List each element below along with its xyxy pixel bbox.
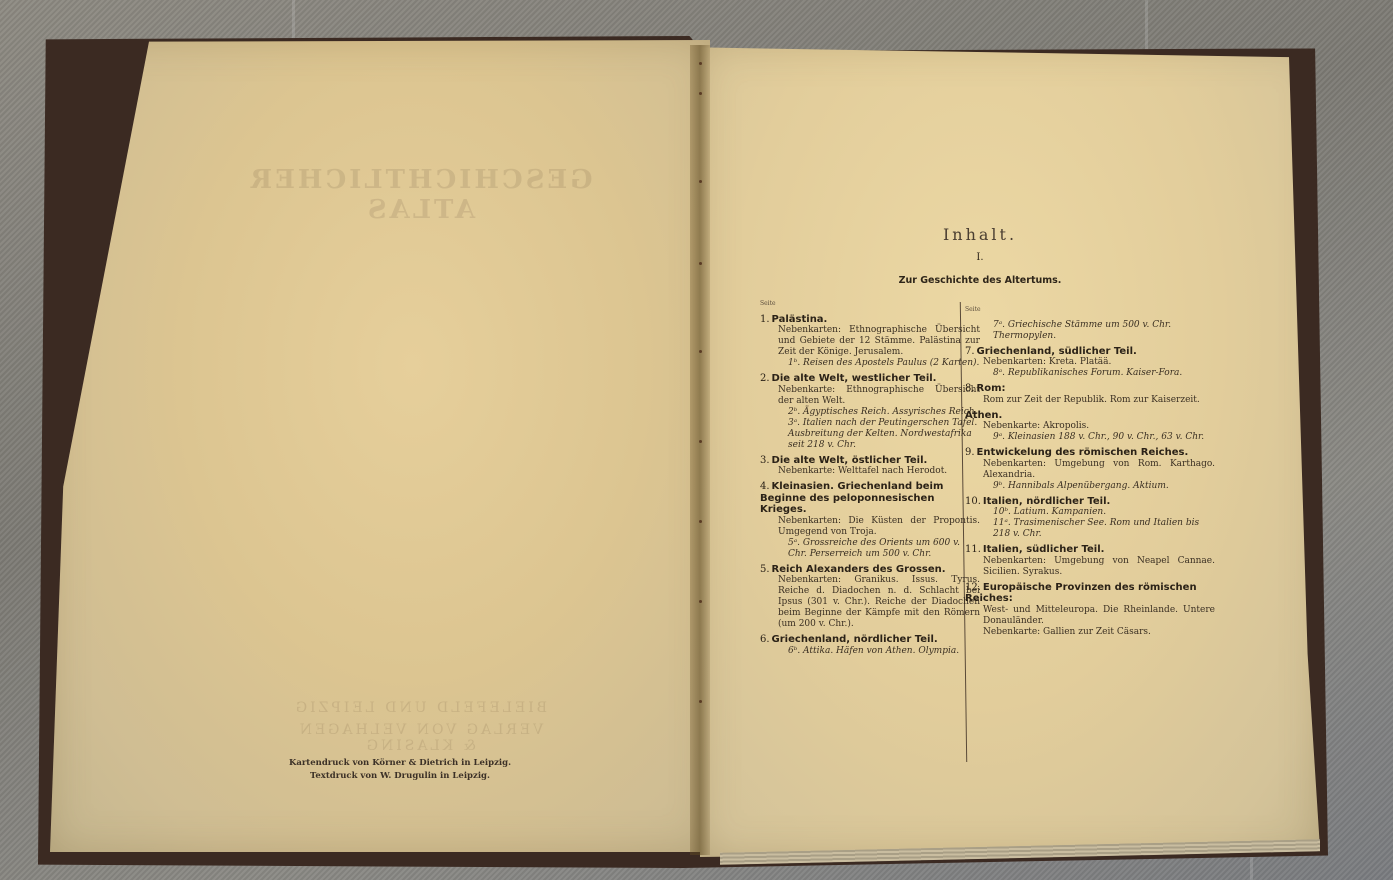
toc-map-entry: 9ᵇ. Hannibals Alpenübergang. Aktium. xyxy=(965,481,1215,492)
toc-entry-title: 8.Rom: xyxy=(965,383,1215,395)
book-gutter xyxy=(690,45,710,855)
toc-map-entry: 1ᵇ. Reisen des Apostels Paulus (2 Karten… xyxy=(760,358,980,369)
binding-stitch xyxy=(699,520,702,523)
toc-entry: 3.Die alte Welt, östlicher Teil.Nebenkar… xyxy=(760,455,980,478)
toc-subentry: Nebenkarten: Die Küsten der Propontis. U… xyxy=(760,516,980,538)
toc-subentry: Nebenkarte: Ethnographische Übersicht de… xyxy=(760,385,980,407)
toc-subentry: Nebenkarten: Ethnographische Übersicht u… xyxy=(760,325,980,358)
toc-entry-title: 3.Die alte Welt, östlicher Teil. xyxy=(760,455,980,467)
section-title: Zur Geschichte des Altertums. xyxy=(730,275,1230,286)
binding-stitch xyxy=(699,600,702,603)
toc-entry-title-text: Die alte Welt, westlicher Teil. xyxy=(772,373,937,384)
binding-stitch xyxy=(699,62,702,65)
toc-entry-number: 3. xyxy=(760,455,770,466)
toc-subentry: Nebenkarten: Granikus. Issus. Tyrus. Rei… xyxy=(760,575,980,630)
toc-entry-title: 1.Palästina. xyxy=(760,314,980,326)
seite-label: Seite xyxy=(965,304,1215,316)
binding-stitch xyxy=(699,92,702,95)
binding-stitch xyxy=(699,700,702,703)
toc-entry: Athen.Nebenkarte: Akropolis.9ᵃ. Kleinasi… xyxy=(965,410,1215,444)
toc-entry: 11.Italien, südlicher Teil.Nebenkarten: … xyxy=(965,544,1215,578)
toc-entry-title: 9.Entwickelung des römischen Reiches. xyxy=(965,447,1215,459)
toc-entry: 7.Griechenland, südlicher Teil.Nebenkart… xyxy=(965,346,1215,380)
toc-entry-title: 11.Italien, südlicher Teil. xyxy=(965,544,1215,556)
page-title: Inhalt. xyxy=(730,225,1230,244)
toc-subentry: Nebenkarten: Umgebung von Rom. Karthago.… xyxy=(965,459,1215,481)
toc-entry-title-text: Entwickelung des römischen Reiches. xyxy=(977,447,1189,458)
table-of-contents: Inhalt. I. Zur Geschichte des Altertums.… xyxy=(760,225,1230,298)
toc-entry-number: 9. xyxy=(965,447,975,458)
toc-entry: 1.Palästina.Nebenkarten: Ethnographische… xyxy=(760,314,980,370)
toc-entry-title-text: Europäische Provinzen des römischen Reic… xyxy=(965,582,1197,605)
toc-map-entry: 7ᵃ. Griechische Stämme um 500 v. Chr. Th… xyxy=(965,320,1215,342)
toc-entry-number: 6. xyxy=(760,634,770,645)
binding-stitch xyxy=(699,262,702,265)
toc-subentry: Nebenkarte: Akropolis. xyxy=(965,421,1215,432)
toc-entry-title-text: Palästina. xyxy=(772,314,828,325)
toc-entry-number: 11. xyxy=(965,544,981,555)
toc-subentry: Nebenkarte: Gallien zur Zeit Cäsars. xyxy=(965,627,1215,638)
binding-stitch xyxy=(699,350,702,353)
toc-entry: 8.Rom:Rom zur Zeit der Republik. Rom zur… xyxy=(965,383,1215,406)
toc-entry-number: 7. xyxy=(965,346,975,357)
toc-entry-number: 5. xyxy=(760,564,770,575)
toc-entry-title: 2.Die alte Welt, westlicher Teil. xyxy=(760,373,980,385)
toc-entry-number: 10. xyxy=(965,496,981,507)
bleed-through-line: VERLAG VON VELHAGEN & KLASING xyxy=(290,722,550,754)
toc-map-entry: 9ᵃ. Kleinasien 188 v. Chr., 90 v. Chr., … xyxy=(965,432,1215,443)
section-number: I. xyxy=(730,252,1230,263)
toc-map-entry: 10ᵇ. Latium. Kampanien. xyxy=(965,507,1215,518)
toc-entry-title-text: Griechenland, nördlicher Teil. xyxy=(772,634,938,645)
fabric-fold xyxy=(1250,855,1253,880)
toc-entry-title: 5.Reich Alexanders des Grossen. xyxy=(760,564,980,576)
toc-entry-title-text: Rom: xyxy=(977,383,1006,394)
toc-subentry: Nebenkarte: Welttafel nach Herodot. xyxy=(760,466,980,477)
toc-entry: 7ᵃ. Griechische Stämme um 500 v. Chr. Th… xyxy=(965,320,1215,342)
toc-entry-title: 12.Europäische Provinzen des römischen R… xyxy=(965,582,1215,605)
toc-entry: 10.Italien, nördlicher Teil.10ᵇ. Latium.… xyxy=(965,496,1215,541)
toc-entry-title: 10.Italien, nördlicher Teil. xyxy=(965,496,1215,508)
toc-entry: 5.Reich Alexanders des Grossen.Nebenkart… xyxy=(760,564,980,631)
toc-entry-title: 7.Griechenland, südlicher Teil. xyxy=(965,346,1215,358)
binding-stitch xyxy=(699,180,702,183)
toc-entry-number: 4. xyxy=(760,481,770,492)
toc-entry-title-text: Kleinasien. Griechenland beim Beginne de… xyxy=(760,481,943,515)
toc-entry: 2.Die alte Welt, westlicher Teil.Nebenka… xyxy=(760,373,980,451)
bleed-through-line: BIELEFELD UND LEIPZIG xyxy=(290,700,550,716)
seite-label: Seite xyxy=(760,298,980,310)
imprint-line: Textdruck von W. Drugulin in Leipzig. xyxy=(270,770,530,783)
toc-entry: 12.Europäische Provinzen des römischen R… xyxy=(965,582,1215,638)
toc-entry-number: 12. xyxy=(965,582,981,593)
bleed-through-title: GESCHICHTLICHER ATLAS xyxy=(200,165,640,225)
toc-entry-title: 6.Griechenland, nördlicher Teil. xyxy=(760,634,980,646)
toc-entry-title-text: Italien, nördlicher Teil. xyxy=(983,496,1110,507)
toc-entry-title-text: Athen. xyxy=(965,410,1002,421)
binding-stitch xyxy=(699,440,702,443)
toc-entry: 4.Kleinasien. Griechenland beim Beginne … xyxy=(760,481,980,560)
printer-imprint: Kartendruck von Körner & Dietrich in Lei… xyxy=(270,757,530,783)
imprint-line: Kartendruck von Körner & Dietrich in Lei… xyxy=(270,757,530,770)
toc-map-entry: 2ᵇ. Ägyptisches Reich. Assyrisches Reich… xyxy=(760,407,980,418)
toc-map-entry: 8ᵃ. Republikanisches Forum. Kaiser-Fora. xyxy=(965,368,1215,379)
toc-map-entry: 11ᵃ. Trasimenischer See. Rom und Italien… xyxy=(965,518,1215,540)
toc-entry-title-text: Die alte Welt, östlicher Teil. xyxy=(772,455,928,466)
toc-map-entry: 5ᵃ. Grossreiche des Orients um 600 v. Ch… xyxy=(760,538,980,560)
toc-entry-title: Athen. xyxy=(965,410,1215,422)
toc-subentry: West- und Mitteleuropa. Die Rheinlande. … xyxy=(965,605,1215,627)
toc-entry: 9.Entwickelung des römischen Reiches.Neb… xyxy=(965,447,1215,492)
toc-right-column: Seite 7ᵃ. Griechische Stämme um 500 v. C… xyxy=(965,304,1215,638)
toc-entry-title-text: Griechenland, südlicher Teil. xyxy=(977,346,1137,357)
toc-entry-title-text: Reich Alexanders des Grossen. xyxy=(772,564,946,575)
toc-entry-number: 1. xyxy=(760,314,770,325)
toc-map-entry: 3ᵃ. Italien nach der Peutingerschen Tafe… xyxy=(760,418,980,451)
toc-entry-title: 4.Kleinasien. Griechenland beim Beginne … xyxy=(760,481,980,516)
toc-subentry: Nebenkarten: Umgebung von Neapel Cannae.… xyxy=(965,556,1215,578)
toc-map-entry: 6ᵇ. Attika. Häfen von Athen. Olympia. xyxy=(760,646,980,657)
toc-subentry: Nebenkarten: Kreta. Platää. xyxy=(965,357,1215,368)
toc-left-column: Seite 1.Palästina.Nebenkarten: Ethnograp… xyxy=(760,298,980,657)
toc-entry-number: 8. xyxy=(965,383,975,394)
toc-entry: 6.Griechenland, nördlicher Teil.6ᵇ. Atti… xyxy=(760,634,980,657)
toc-entry-title-text: Italien, südlicher Teil. xyxy=(983,544,1105,555)
fabric-fold xyxy=(292,0,295,40)
toc-subentry: Rom zur Zeit der Republik. Rom zur Kaise… xyxy=(965,395,1215,406)
toc-entry-number: 2. xyxy=(760,373,770,384)
